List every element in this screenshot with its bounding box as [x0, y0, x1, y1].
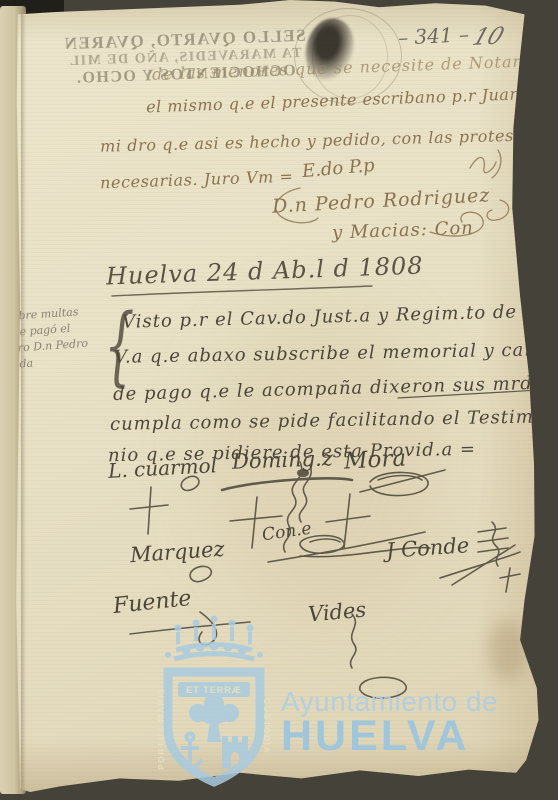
shield-motto-right: CUSTODIA: [262, 698, 272, 754]
anchor-icon: [178, 734, 202, 771]
city-crest: ET TERRÆ PORTUS MARIS CUSTODIA: [138, 610, 290, 800]
tree-icon: [189, 694, 239, 742]
shield-motto-left: PORTUS MARIS: [156, 687, 166, 770]
shield-motto-top: ET TERRÆ: [186, 685, 242, 695]
dateline-underline: [112, 286, 372, 296]
witness-cross-icon: [230, 497, 282, 548]
tower-icon: [222, 736, 248, 768]
org-name-line2: HUELVA: [281, 712, 469, 761]
witness-cross-icon: [130, 487, 168, 534]
resolution-underline: [398, 390, 540, 398]
crown-icon: [165, 616, 263, 660]
scan-background: { "document": { "folio_number_prefix": "…: [0, 0, 558, 800]
